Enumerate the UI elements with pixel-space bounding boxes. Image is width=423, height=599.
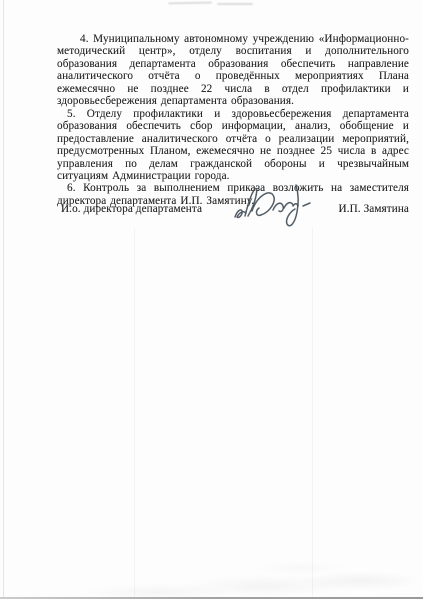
scan-edge-left: [3, 0, 4, 599]
signature-row: И.о. директора департамента И.П. Замятин…: [57, 203, 409, 215]
scan-smudge-top: [168, 2, 212, 5]
signer-name: И.П. Замятина: [339, 203, 409, 215]
paper-fold-line: [312, 228, 313, 597]
handwritten-signature-icon: [232, 182, 310, 234]
paragraph-item-4: 4. Муниципальному автономному учреждению…: [57, 33, 409, 108]
paper-fold-line: [134, 228, 135, 597]
paragraph-item-5: 5. Отделу профилактики и здоровьесбереже…: [57, 108, 409, 183]
scan-smudge-top: [217, 3, 253, 5]
signer-position-label: И.о. директора департамента: [57, 203, 202, 215]
document-page: 4. Муниципальному автономному учреждению…: [0, 0, 423, 599]
